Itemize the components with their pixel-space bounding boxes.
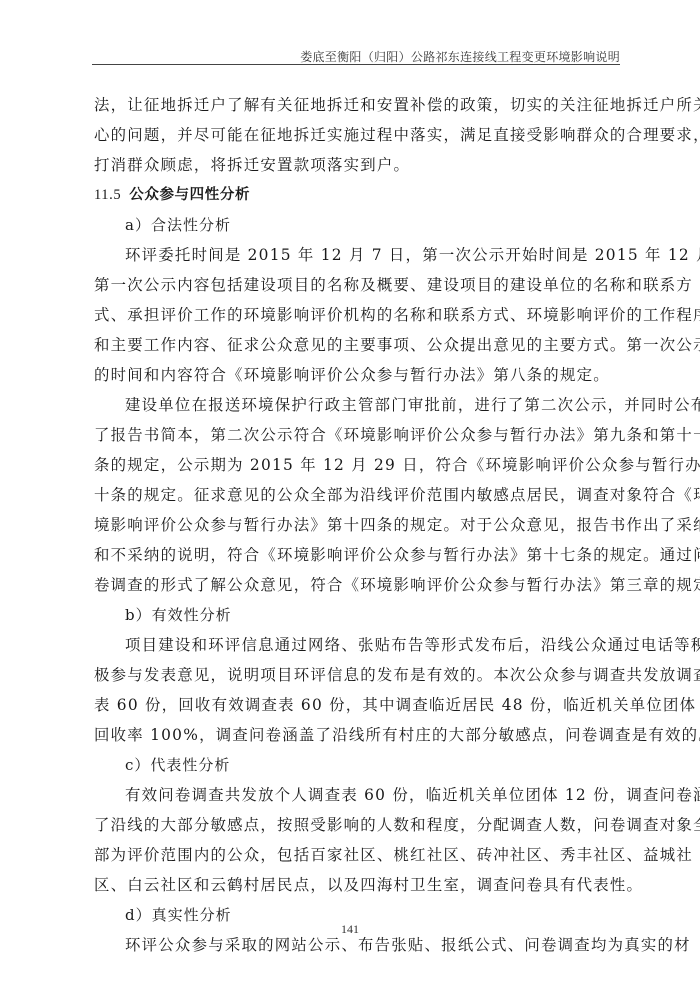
- section-number: 11.5: [94, 187, 121, 203]
- text-line: 表 60 份，回收有效调查表 60 份，其中调查临近居民 48 份，临近机关单位…: [94, 690, 621, 720]
- section-title: 公众参与四性分析: [129, 187, 250, 203]
- text-line: 项目建设和环评信息通过网络、张贴布告等形式发布后，沿线公众通过电话等积: [94, 630, 621, 660]
- text-line: 区、白云社区和云鹤村居民点，以及四海村卫生室，调查问卷具有代表性。: [94, 870, 621, 900]
- page-number: 141: [0, 922, 700, 937]
- subsection-validity: b）有效性分析 项目建设和环评信息通过网络、张贴布告等形式发布后，沿线公众通过电…: [94, 600, 621, 750]
- text-line: 十条的规定。征求意见的公众全部为沿线评价范围内敏感点居民，调查对象符合《环: [94, 480, 621, 510]
- subsection-legality: a）合法性分析 环评委托时间是 2015 年 12 月 7 日，第一次公示开始时…: [94, 210, 621, 600]
- text-line: 部为评价范围内的公众，包括百家社区、桃红社区、砖冲社区、秀丰社区、益城社: [94, 840, 621, 870]
- text-line: 了报告书简本，第二次公示符合《环境影响评价公众参与暂行办法》第九条和第十一: [94, 420, 621, 450]
- text-line: 环评委托时间是 2015 年 12 月 7 日，第一次公示开始时间是 2015 …: [94, 240, 621, 270]
- text-line: 式、承担评价工作的环境影响评价机构的名称和联系方式、环境影响评价的工作程序: [94, 300, 621, 330]
- paragraph: 项目建设和环评信息通过网络、张贴布告等形式发布后，沿线公众通过电话等积 极参与发…: [94, 630, 621, 750]
- text-line: 打消群众顾虑，将拆迁安置款项落实到户。: [94, 150, 621, 180]
- text-line: 卷调查的形式了解公众意见，符合《环境影响评价公众参与暂行办法》第三章的规定。: [94, 570, 621, 600]
- subsection-heading: a）合法性分析: [94, 210, 621, 240]
- subsection-heading: b）有效性分析: [94, 600, 621, 630]
- text-line: 第一次公示内容包括建设项目的名称及概要、建设项目的建设单位的名称和联系方: [94, 270, 621, 300]
- text-line: 的时间和内容符合《环境影响评价公众参与暂行办法》第八条的规定。: [94, 360, 621, 390]
- text-line: 建设单位在报送环境保护行政主管部门审批前，进行了第二次公示，并同时公布: [94, 390, 621, 420]
- text-line: 回收率 100%，调查问卷涵盖了沿线所有村庄的大部分敏感点，问卷调查是有效的。: [94, 720, 621, 750]
- paragraph: 环评委托时间是 2015 年 12 月 7 日，第一次公示开始时间是 2015 …: [94, 240, 621, 390]
- document-body: 法，让征地拆迁户了解有关征地拆迁和安置补偿的政策，切实的关注征地拆迁户所关 心的…: [94, 90, 621, 960]
- text-line: 有效问卷调查共发放个人调查表 60 份，临近机关单位团体 12 份，调查问卷涵盖: [94, 780, 621, 810]
- text-line: 和主要工作内容、征求公众意见的主要事项、公众提出意见的主要方式。第一次公示: [94, 330, 621, 360]
- text-line: 心的问题，并尽可能在征地拆迁实施过程中落实，满足直接受影响群众的合理要求，: [94, 120, 621, 150]
- page-header: 娄底至衡阳（归阳）公路祁东连接线工程变更环境影响说明: [92, 44, 620, 65]
- paragraph: 有效问卷调查共发放个人调查表 60 份，临近机关单位团体 12 份，调查问卷涵盖…: [94, 780, 621, 900]
- subsection-heading: c）代表性分析: [94, 750, 621, 780]
- text-line: 境影响评价公众参与暂行办法》第十四条的规定。对于公众意见，报告书作出了采纳: [94, 510, 621, 540]
- text-line: 法，让征地拆迁户了解有关征地拆迁和安置补偿的政策，切实的关注征地拆迁户所关: [94, 90, 621, 120]
- subsection-representativeness: c）代表性分析 有效问卷调查共发放个人调查表 60 份，临近机关单位团体 12 …: [94, 750, 621, 900]
- text-line: 极参与发表意见，说明项目环评信息的发布是有效的。本次公众参与调查共发放调查: [94, 660, 621, 690]
- text-line: 条的规定，公示期为 2015 年 12 月 29 日，符合《环境影响评价公众参与…: [94, 450, 621, 480]
- section-heading: 11.5公众参与四性分析: [94, 180, 621, 210]
- text-line: 和不采纳的说明，符合《环境影响评价公众参与暂行办法》第十七条的规定。通过问: [94, 540, 621, 570]
- paragraph: 建设单位在报送环境保护行政主管部门审批前，进行了第二次公示，并同时公布 了报告书…: [94, 390, 621, 600]
- document-title: 娄底至衡阳（归阳）公路祁东连接线工程变更环境影响说明: [300, 50, 620, 64]
- text-line: 了沿线的大部分敏感点，按照受影响的人数和程度，分配调查人数，问卷调查对象全: [94, 810, 621, 840]
- intro-paragraph: 法，让征地拆迁户了解有关征地拆迁和安置补偿的政策，切实的关注征地拆迁户所关 心的…: [94, 90, 621, 180]
